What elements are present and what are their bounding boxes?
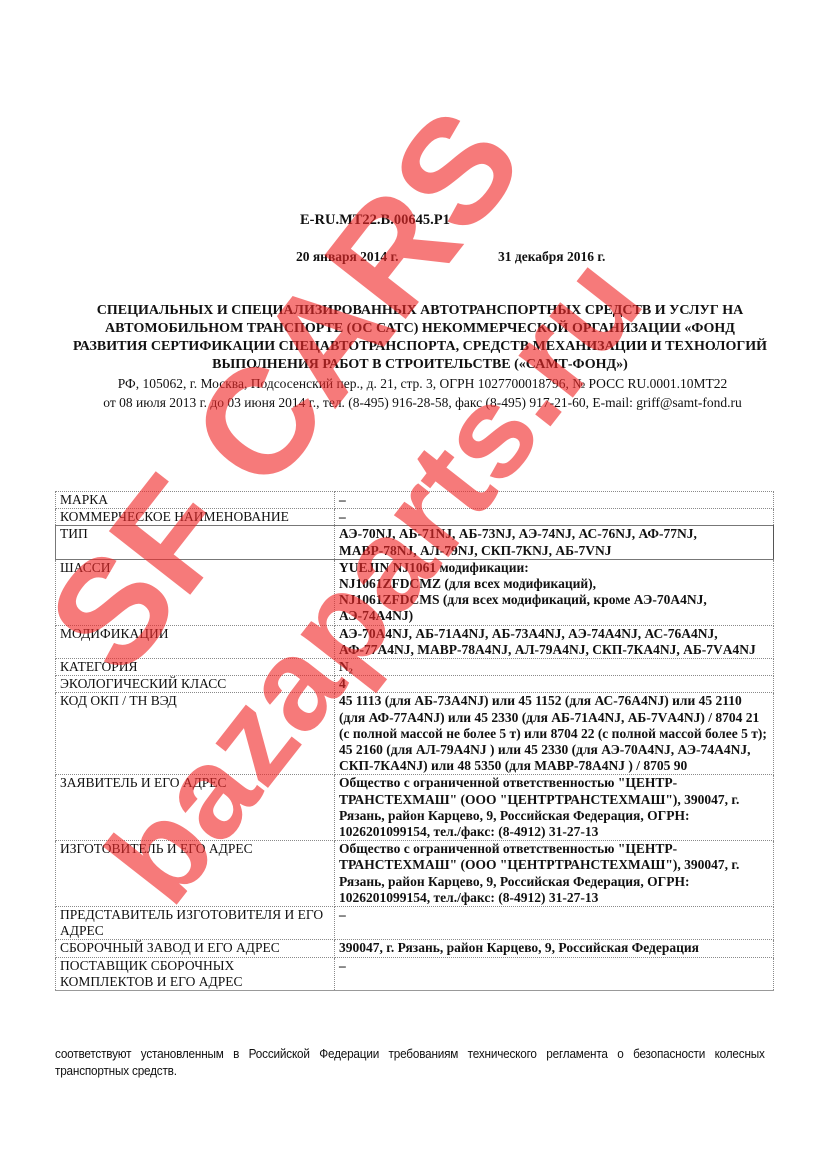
title-line: АВТОМОБИЛЬНОМ ТРАНСПОРТЕ (ОС САТС) НЕКОМ…: [30, 320, 810, 338]
compliance-statement: соответствуют установленным в Российской…: [55, 1046, 765, 1080]
certification-body-address: РФ, 105062, г. Москва, Подсосенский пер.…: [30, 374, 815, 412]
field-label: ШАССИ: [56, 559, 335, 625]
table-row: ЗАЯВИТЕЛЬ И ЕГО АДРЕСОбщество с ограниче…: [56, 775, 774, 841]
table-row: ТИПАЭ-70NJ, АБ-71NJ, АБ-73NJ, АЭ-74NJ, А…: [56, 526, 774, 559]
certification-body-title: СПЕЦИАЛЬНЫХ И СПЕЦИАЛИЗИРОВАННЫХ АВТОТРА…: [30, 302, 810, 374]
field-value: –: [335, 907, 774, 940]
field-label: КАТЕГОРИЯ: [56, 659, 335, 676]
field-value: YUEJIN NJ1061 модификации: NJ1061ZFDCMZ …: [335, 559, 774, 625]
table-row: СБОРОЧНЫЙ ЗАВОД И ЕГО АДРЕС390047, г. Ря…: [56, 940, 774, 957]
certificate-number: E-RU.MT22.B.00645.P1: [300, 212, 450, 229]
field-label: КОД ОКП / ТН ВЭД: [56, 693, 335, 775]
field-value: 4: [335, 676, 774, 693]
field-value: Общество с ограниченной ответственностью…: [335, 841, 774, 907]
field-label: МАРКА: [56, 492, 335, 509]
valid-from-date: 20 января 2014 г.: [296, 249, 399, 265]
title-line: СПЕЦИАЛЬНЫХ И СПЕЦИАЛИЗИРОВАННЫХ АВТОТРА…: [30, 302, 810, 320]
field-label: ТИП: [56, 526, 335, 559]
field-label: ПОСТАВЩИК СБОРОЧНЫХ КОМПЛЕКТОВ И ЕГО АДР…: [56, 957, 335, 990]
field-label: ПРЕДСТАВИТЕЛЬ ИЗГОТОВИТЕЛЯ И ЕГО АДРЕС: [56, 907, 335, 940]
field-label: МОДИФИКАЦИИ: [56, 625, 335, 658]
field-value: –: [335, 957, 774, 990]
address-line: от 08 июля 2013 г. до 03 июня 2014 г., т…: [30, 393, 815, 412]
specification-table: МАРКА–КОММЕРЧЕСКОЕ НАИМЕНОВАНИЕ–ТИПАЭ-70…: [55, 491, 774, 991]
table-row: ПРЕДСТАВИТЕЛЬ ИЗГОТОВИТЕЛЯ И ЕГО АДРЕС–: [56, 907, 774, 940]
title-line: РАЗВИТИЯ СЕРТИФИКАЦИИ СПЕЦАВТОТРАНСПОРТА…: [30, 338, 810, 356]
field-value: 45 1113 (для АБ-73А4NJ) или 45 1152 (для…: [335, 693, 774, 775]
field-label: ЗАЯВИТЕЛЬ И ЕГО АДРЕС: [56, 775, 335, 841]
field-label: ЭКОЛОГИЧЕСКИЙ КЛАСС: [56, 676, 335, 693]
field-label: СБОРОЧНЫЙ ЗАВОД И ЕГО АДРЕС: [56, 940, 335, 957]
table-row: МАРКА–: [56, 492, 774, 509]
valid-to-date: 31 декабря 2016 г.: [498, 249, 605, 265]
table-row: ШАССИYUEJIN NJ1061 модификации: NJ1061ZF…: [56, 559, 774, 625]
field-value: АЭ-70NJ, АБ-71NJ, АБ-73NJ, АЭ-74NJ, АС-7…: [335, 526, 774, 559]
table-row: ПОСТАВЩИК СБОРОЧНЫХ КОМПЛЕКТОВ И ЕГО АДР…: [56, 957, 774, 990]
field-label: ИЗГОТОВИТЕЛЬ И ЕГО АДРЕС: [56, 841, 335, 907]
table-row: ИЗГОТОВИТЕЛЬ И ЕГО АДРЕСОбщество с огран…: [56, 841, 774, 907]
table-row: КОД ОКП / ТН ВЭД45 1113 (для АБ-73А4NJ) …: [56, 693, 774, 775]
field-value: N₂: [335, 659, 774, 676]
table-row: ЭКОЛОГИЧЕСКИЙ КЛАСС4: [56, 676, 774, 693]
table-row: МОДИФИКАЦИИАЭ-70А4NJ, АБ-71А4NJ, АБ-73А4…: [56, 625, 774, 658]
table-row: КАТЕГОРИЯN₂: [56, 659, 774, 676]
address-line: РФ, 105062, г. Москва, Подсосенский пер.…: [30, 374, 815, 393]
table-row: КОММЕРЧЕСКОЕ НАИМЕНОВАНИЕ–: [56, 509, 774, 526]
field-label: КОММЕРЧЕСКОЕ НАИМЕНОВАНИЕ: [56, 509, 335, 526]
field-value: Общество с ограниченной ответственностью…: [335, 775, 774, 841]
field-value: –: [335, 509, 774, 526]
field-value: АЭ-70А4NJ, АБ-71А4NJ, АБ-73А4NJ, АЭ-74А4…: [335, 625, 774, 658]
title-line: ВЫПОЛНЕНИЯ РАБОТ В СТРОИТЕЛЬСТВЕ («САМТ-…: [30, 356, 810, 374]
field-value: –: [335, 492, 774, 509]
field-value: 390047, г. Рязань, район Карцево, 9, Рос…: [335, 940, 774, 957]
